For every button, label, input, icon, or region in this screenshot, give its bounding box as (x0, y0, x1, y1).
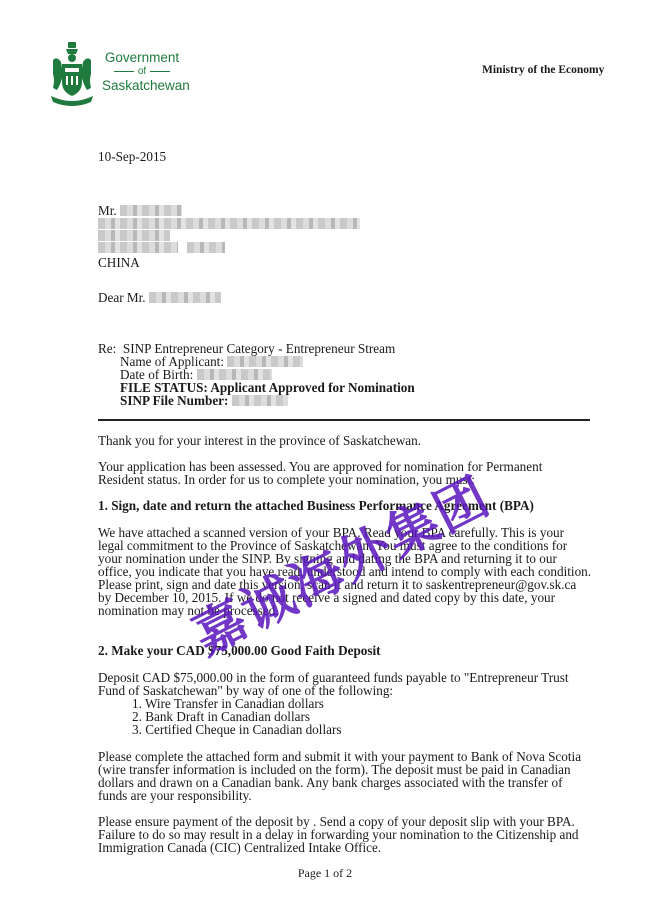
saskatchewan-crest-icon (47, 40, 97, 106)
gov-line3: Saskatchewan (102, 78, 182, 93)
address-country: CHINA (98, 256, 140, 270)
greeting: Dear Mr. (98, 291, 221, 305)
ministry-name: Ministry of the Economy (482, 64, 604, 76)
redacted-address (98, 218, 360, 229)
redacted-dob (197, 369, 272, 380)
divider (114, 71, 134, 72)
redacted-applicant (227, 356, 303, 367)
redacted-address (98, 242, 178, 253)
salutation-prefix: Mr. (98, 203, 117, 218)
gov-line2: of (102, 65, 182, 78)
file-number: SINP File Number: (98, 394, 288, 408)
section1-line: nomination may not be processed. (98, 604, 279, 618)
re-label: Re: (98, 341, 116, 356)
payment-line: funds are your responsibility. (98, 789, 252, 803)
letter-date: 10-Sep-2015 (98, 150, 166, 164)
recipient-name: Mr. (98, 204, 182, 218)
page-number: Page 1 of 2 (0, 866, 650, 881)
intro-paragraph: Thank you for your interest in the provi… (98, 434, 421, 448)
redacted-postcode (187, 242, 225, 253)
section1-heading: 1. Sign, date and return the attached Bu… (98, 499, 534, 513)
separator-line (98, 419, 590, 421)
gov-line1: Government (102, 50, 182, 65)
section2-heading: 2. Make your CAD $75,000.00 Good Faith D… (98, 644, 381, 658)
government-logo: Government of Saskatchewan (47, 40, 187, 110)
deposit-option: 3. Certified Cheque in Canadian dollars (98, 723, 341, 737)
divider (150, 71, 170, 72)
gov-of: of (138, 65, 146, 78)
greeting-text: Dear Mr. (98, 290, 146, 305)
ensure-line: Immigration Canada (CIC) Centralized Int… (98, 841, 381, 855)
government-wordmark: Government of Saskatchewan (102, 50, 182, 93)
address-line-3 (98, 241, 225, 255)
redacted-address (98, 230, 170, 241)
letter-page: Government of Saskatchewan Ministry of t… (0, 0, 650, 920)
file-number-label: SINP File Number: (120, 393, 228, 408)
redacted-file-number (232, 395, 288, 406)
assessed-line-2: Resident status. In order for us to comp… (98, 473, 475, 487)
redacted-name (149, 292, 221, 303)
redacted-name (120, 205, 182, 216)
